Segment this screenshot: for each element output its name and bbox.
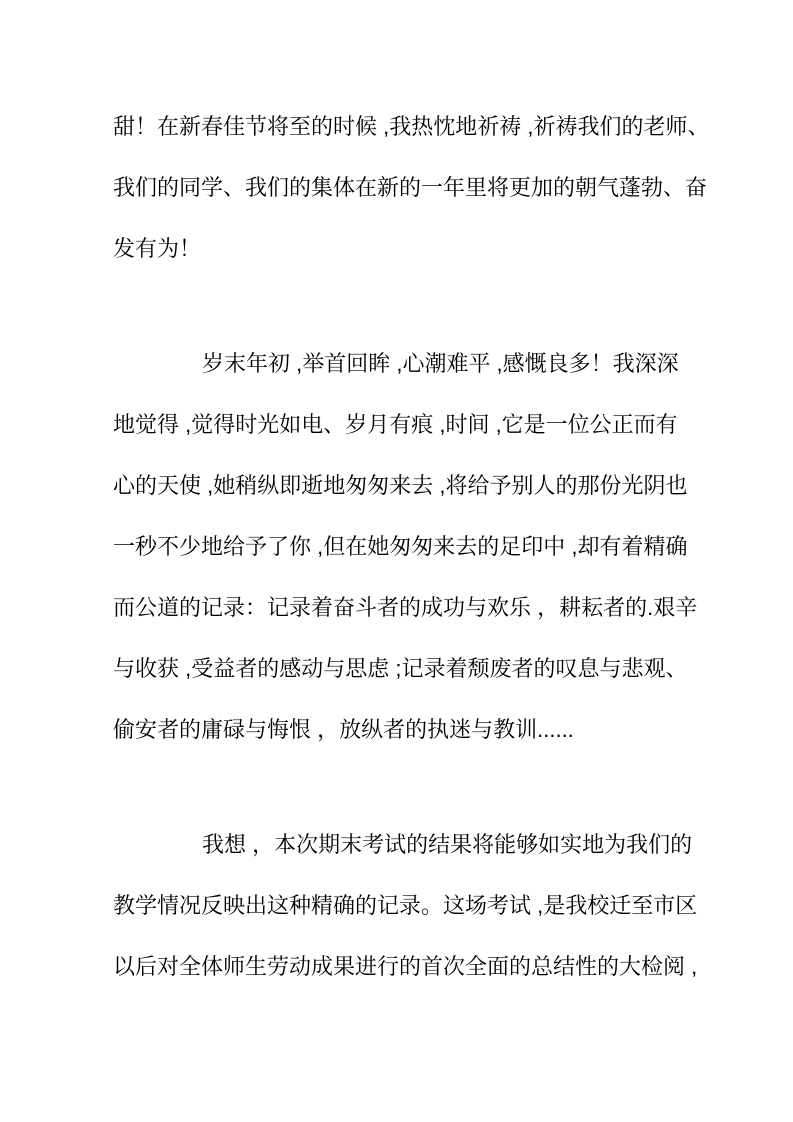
text-line: 发有为！ bbox=[113, 218, 691, 279]
text-line: 一秒不少地给予了你 ,但在她匆匆来去的足印中 ,却有着精确 bbox=[113, 516, 691, 577]
text-line: 以后对全体师生劳动成果进行的首次全面的总结性的大检阅 , bbox=[113, 936, 691, 997]
text-line: 与收获 ,受益者的感动与思虑 ;记录着颓废者的叹息与悲观、 bbox=[113, 638, 691, 699]
text-line: 甜！在新春佳节将至的时候 ,我热忱地祈祷 ,祈祷我们的老师、 bbox=[113, 96, 691, 157]
paragraph: 甜！在新春佳节将至的时候 ,我热忱地祈祷 ,祈祷我们的老师、 我们的同学、我们的… bbox=[113, 96, 691, 279]
document-page: 甜！在新春佳节将至的时候 ,我热忱地祈祷 ,祈祷我们的老师、 我们的同学、我们的… bbox=[0, 0, 793, 1122]
paragraph: 岁末年初 ,举首回眸 ,心潮难平 ,感慨良多！我深深 地觉得 ,觉得时光如电、岁… bbox=[113, 333, 691, 760]
text-line: 心的天使 ,她稍纵即逝地匆匆来去 ,将给予别人的那份光阴也 bbox=[113, 455, 691, 516]
text-line: 我们的同学、我们的集体在新的一年里将更加的朝气蓬勃、奋 bbox=[113, 157, 691, 218]
text-line: 偷安者的庸碌与悔恨 ，放纵者的执迷与教训...... bbox=[113, 699, 691, 760]
paragraph: 我想 ，本次期末考试的结果将能够如实地为我们的 教学情况反映出这种精确的记录。这… bbox=[113, 814, 691, 997]
text-line: 教学情况反映出这种精确的记录。这场考试 ,是我校迁至市区 bbox=[113, 875, 691, 936]
text-line: 而公道的记录：记录着奋斗者的成功与欢乐 ，耕耘者的.艰辛 bbox=[113, 577, 691, 638]
text-line: 岁末年初 ,举首回眸 ,心潮难平 ,感慨良多！我深深 bbox=[113, 333, 691, 394]
text-line: 地觉得 ,觉得时光如电、岁月有痕 ,时间 ,它是一位公正而有 bbox=[113, 394, 691, 455]
text-line: 我想 ，本次期末考试的结果将能够如实地为我们的 bbox=[113, 814, 691, 875]
document-body: 甜！在新春佳节将至的时候 ,我热忱地祈祷 ,祈祷我们的老师、 我们的同学、我们的… bbox=[113, 96, 691, 997]
